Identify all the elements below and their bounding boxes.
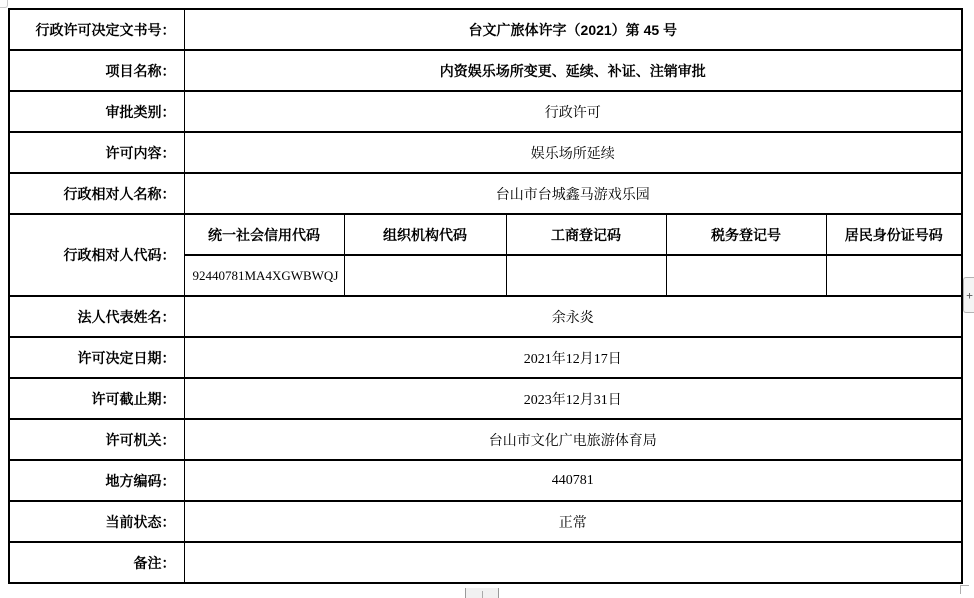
code-col-header-credit-code: 统一社会信用代码 [184,214,344,255]
row-value-legal-rep: 余永炎 [184,296,962,337]
row-label-project-name: 项目名称： [9,50,184,91]
row-label-license-content: 许可内容： [9,132,184,173]
row-label-licensing-authority: 许可机关： [9,419,184,460]
table-row: 行政许可决定文书号： 台文广旅体许字（2021）第 45 号 [9,9,962,50]
row-value-remarks [184,542,962,583]
row-value-project-name: 内资娱乐场所变更、延续、补证、注销审批 [184,50,962,91]
table-row: 法人代表姓名： 余永炎 [9,296,962,337]
row-label-counterpart-code: 行政相对人代码： [9,214,184,296]
code-value-id-number [826,255,962,296]
table-row: 许可机关： 台山市文化广电旅游体育局 [9,419,962,460]
row-value-counterpart-name: 台山市台城鑫马游戏乐园 [184,173,962,214]
code-value-credit-code: 92440781MA4XGWBWQJ [184,255,344,296]
table-row: 许可决定日期： 2021年12月17日 [9,337,962,378]
code-value-org-code [344,255,506,296]
code-col-header-org-code: 组织机构代码 [344,214,506,255]
scrollbar-tick-icon [482,591,483,598]
row-value-expiry-date: 2023年12月31日 [184,378,962,419]
row-value-document-number: 台文广旅体许字（2021）第 45 号 [184,9,962,50]
table-row: 当前状态： 正常 [9,501,962,542]
table-row: 备注： [9,542,962,583]
right-edge-scroll-widget[interactable]: + [963,277,974,313]
row-label-legal-rep: 法人代表姓名： [9,296,184,337]
table-row: 许可截止期： 2023年12月31日 [9,378,962,419]
license-record-table: 行政许可决定文书号： 台文广旅体许字（2021）第 45 号 项目名称： 内资娱… [8,8,963,584]
row-label-approval-category: 审批类别： [9,91,184,132]
row-label-document-number: 行政许可决定文书号： [9,9,184,50]
row-value-license-content: 娱乐场所延续 [184,132,962,173]
row-value-approval-category: 行政许可 [184,91,962,132]
table-row: 地方编码： 440781 [9,460,962,501]
row-value-licensing-authority: 台山市文化广电旅游体育局 [184,419,962,460]
row-value-decision-date: 2021年12月17日 [184,337,962,378]
row-value-current-status: 正常 [184,501,962,542]
row-label-expiry-date: 许可截止期： [9,378,184,419]
table-row-code-header: 行政相对人代码： 统一社会信用代码 组织机构代码 工商登记码 税务登记号 居民身… [9,214,962,255]
code-col-header-business-reg: 工商登记码 [506,214,666,255]
horizontal-scrollbar-thumb[interactable] [465,588,499,598]
table-row: 许可内容： 娱乐场所延续 [9,132,962,173]
table-row: 项目名称： 内资娱乐场所变更、延续、补证、注销审批 [9,50,962,91]
table-row: 行政相对人名称： 台山市台城鑫马游戏乐园 [9,173,962,214]
code-value-business-reg [506,255,666,296]
row-label-remarks: 备注： [9,542,184,583]
license-record-page: { "page": { "background": "#ffffff", "ta… [0,0,974,598]
row-label-counterpart-name: 行政相对人名称： [9,173,184,214]
page-corner-artifact [0,0,8,8]
row-label-local-code: 地方编码： [9,460,184,501]
row-label-current-status: 当前状态： [9,501,184,542]
code-col-header-tax-reg: 税务登记号 [666,214,826,255]
plus-icon: + [964,291,974,301]
table-row: 审批类别： 行政许可 [9,91,962,132]
bottom-right-corner-mark [960,585,969,594]
code-col-header-id-number: 居民身份证号码 [826,214,962,255]
row-label-decision-date: 许可决定日期： [9,337,184,378]
code-value-tax-reg [666,255,826,296]
row-value-local-code: 440781 [184,460,962,501]
